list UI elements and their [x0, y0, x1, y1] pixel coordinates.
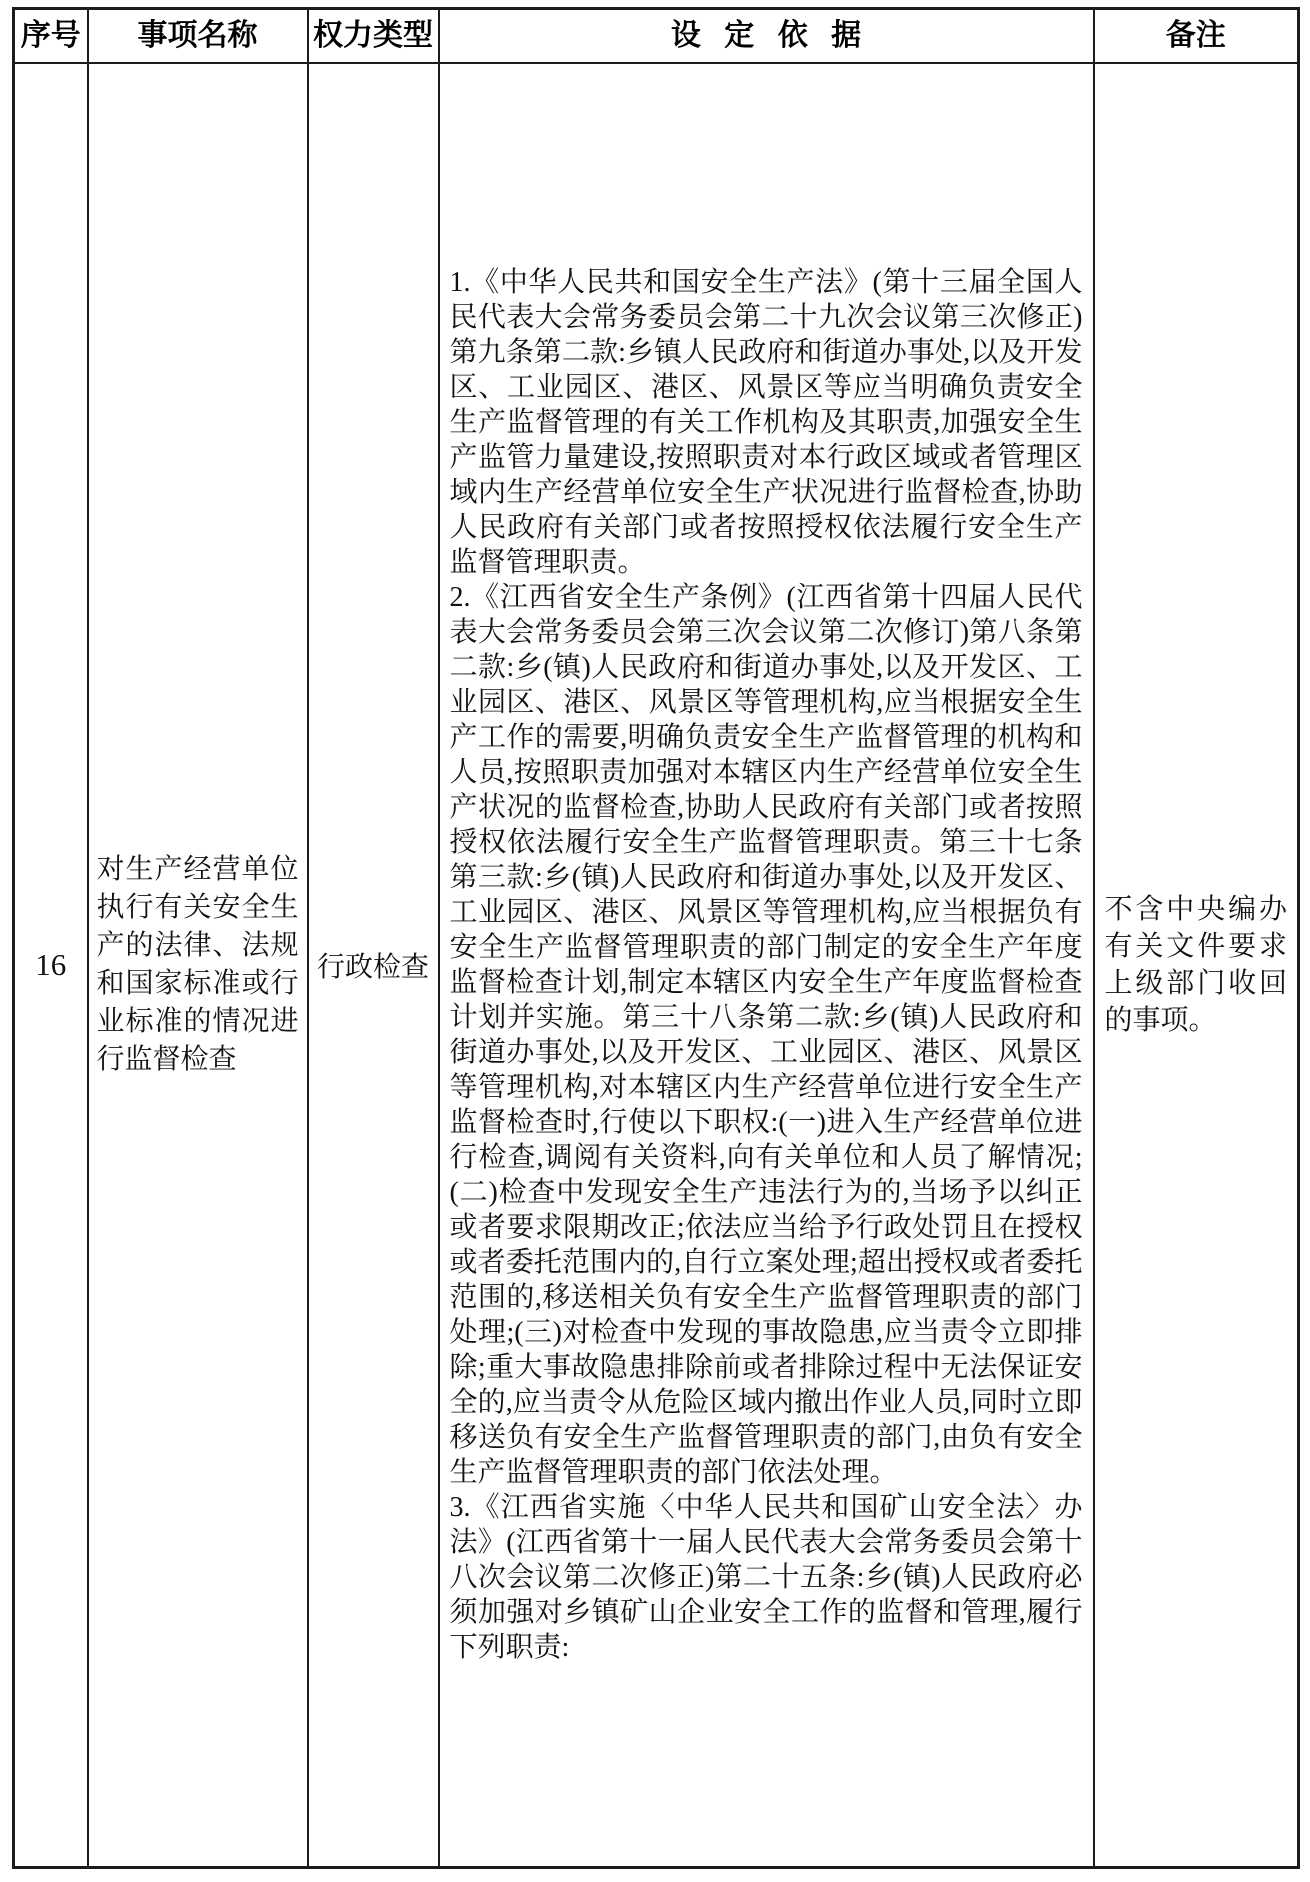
- basis-paragraph-3: 3.《江西省实施〈中华人民共和国矿山安全法〉办法》(江西省第十一届人民代表大会常…: [450, 1490, 1083, 1665]
- permissions-table: 序号 事项名称 权力类型 设定依据 备注 16 对生产经营单位执行有关安全生产的…: [12, 7, 1300, 1869]
- header-item-name: 事项名称: [88, 9, 308, 63]
- basis-paragraph-1: 1.《中华人民共和国安全生产法》(第十三届全国人民代表大会常务委员会第二十九次会…: [450, 265, 1083, 580]
- header-remark: 备注: [1094, 9, 1299, 63]
- cell-item-name: 对生产经营单位执行有关安全生产的法律、法规和国家标准或行业标准的情况进行监督检查: [88, 63, 308, 1868]
- cell-serial-number: 16: [14, 63, 88, 1868]
- header-serial: 序号: [14, 9, 88, 63]
- header-power-type: 权力类型: [308, 9, 439, 63]
- cell-remark: 不含中央编办有关文件要求上级部门收回的事项。: [1094, 63, 1299, 1868]
- header-basis-label: 设定依据: [671, 19, 885, 52]
- cell-basis: 1.《中华人民共和国安全生产法》(第十三届全国人民代表大会常务委员会第二十九次会…: [439, 63, 1094, 1868]
- table-row: 16 对生产经营单位执行有关安全生产的法律、法规和国家标准或行业标准的情况进行监…: [14, 63, 1299, 1868]
- cell-power-type: 行政检查: [308, 63, 439, 1868]
- header-basis: 设定依据: [439, 9, 1094, 63]
- header-row: 序号 事项名称 权力类型 设定依据 备注: [14, 9, 1299, 63]
- page: 序号 事项名称 权力类型 设定依据 备注 16 对生产经营单位执行有关安全生产的…: [0, 0, 1310, 1882]
- basis-paragraph-2: 2.《江西省安全生产条例》(江西省第十四届人民代表大会常务委员会第三次会议第二次…: [450, 580, 1083, 1490]
